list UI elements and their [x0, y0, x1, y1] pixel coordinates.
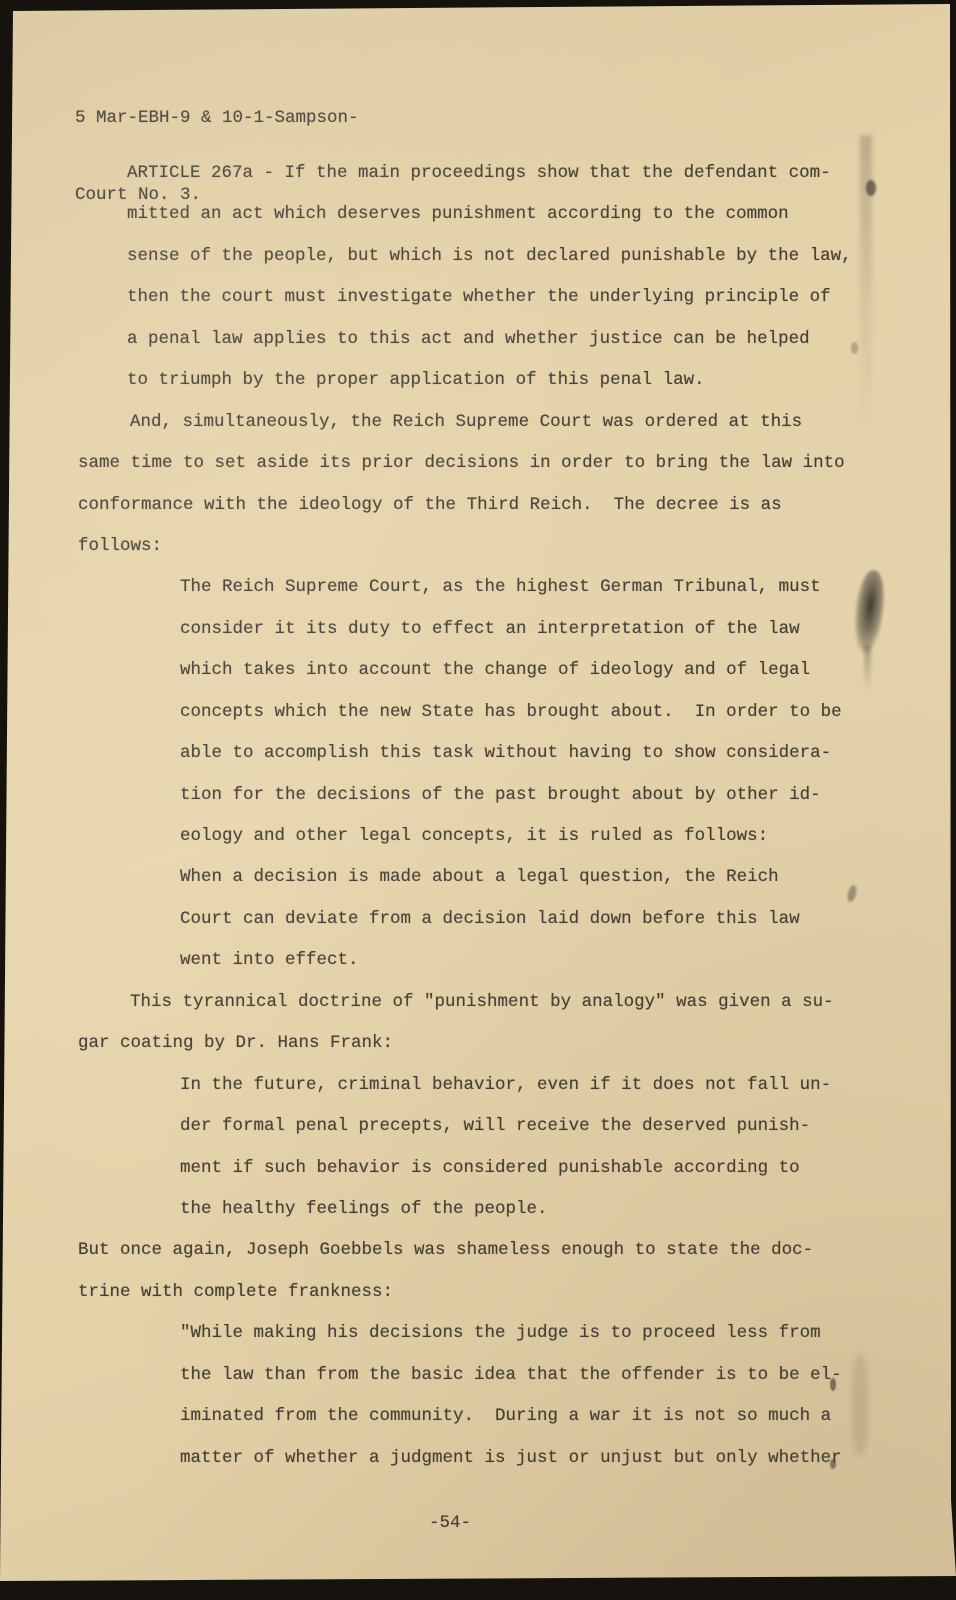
typed-line: follows:	[78, 526, 956, 567]
typed-line: which takes into account the change of i…	[180, 650, 956, 691]
typed-line: In the future, criminal behavior, even i…	[180, 1065, 956, 1106]
paragraph: But once again, Joseph Goebbels was sham…	[78, 1230, 956, 1313]
typed-line: went into effect.	[180, 940, 956, 981]
typed-line: able to accomplish this task without hav…	[180, 733, 956, 774]
typed-line: When a decision is made about a legal qu…	[180, 857, 956, 898]
ink-speck	[851, 342, 858, 354]
typed-line: consider it its duty to effect an interp…	[180, 609, 956, 650]
typed-line: der formal penal precepts, will receive …	[180, 1106, 956, 1147]
typed-line: Court can deviate from a decision laid d…	[180, 899, 956, 940]
paragraph: And, simultaneously, the Reich Supreme C…	[78, 402, 956, 568]
typed-line: ment if such behavior is considered puni…	[180, 1148, 956, 1189]
document-page: 5 Mar-EBH-9 & 10-1-Sampson- Court No. 3.…	[0, 0, 956, 1600]
paragraph: ARTICLE 267a - If the main proceedings s…	[127, 153, 956, 402]
typed-line: trine with complete frankness:	[78, 1272, 956, 1313]
blockquote: The Reich Supreme Court, as the highest …	[180, 567, 956, 981]
typed-line: concepts which the new State has brought…	[180, 692, 956, 733]
typed-line: conformance with the ideology of the Thi…	[78, 485, 956, 526]
paragraph: This tyrannical doctrine of "punishment …	[78, 982, 956, 1065]
ink-speck	[830, 1378, 836, 1391]
typed-line: sense of the people, but which is not de…	[127, 236, 956, 277]
page-number: -54-	[60, 1508, 840, 1538]
typed-line: The Reich Supreme Court, as the highest …	[180, 567, 956, 608]
speck-streak	[852, 1355, 868, 1455]
ink-speck	[830, 1459, 836, 1469]
typed-line: "While making his decisions the judge is…	[180, 1313, 956, 1354]
typed-line: matter of whether a judgment is just or …	[180, 1438, 956, 1479]
typed-line: tion for the decisions of the past broug…	[180, 775, 956, 816]
typed-line: iminated from the community. During a wa…	[180, 1396, 956, 1437]
blockquote: "While making his decisions the judge is…	[180, 1313, 956, 1479]
typed-line: to triumph by the proper application of …	[127, 360, 956, 401]
blockquote: In the future, criminal behavior, even i…	[180, 1065, 956, 1231]
typed-line: mitted an act which deserves punishment …	[127, 194, 956, 235]
text-column: ARTICLE 267a - If the main proceedings s…	[0, 153, 956, 1479]
typed-line: a penal law applies to this act and whet…	[127, 319, 956, 360]
typed-line: same time to set aside its prior decisio…	[78, 443, 956, 484]
typed-line: the healthy feelings of the people.	[180, 1189, 956, 1230]
typed-line: eology and other legal concepts, it is r…	[180, 816, 956, 857]
header-line-1: 5 Mar-EBH-9 & 10-1-Sampson-	[75, 106, 359, 132]
typed-line: And, simultaneously, the Reich Supreme C…	[78, 402, 956, 443]
ink-speck	[866, 180, 876, 196]
scan-background: 5 Mar-EBH-9 & 10-1-Sampson- Court No. 3.…	[0, 0, 956, 1600]
ink-smudge-tail	[864, 645, 871, 689]
typed-line: then the court must investigate whether …	[127, 277, 956, 318]
typed-line: But once again, Joseph Goebbels was sham…	[78, 1230, 956, 1271]
typed-line: ARTICLE 267a - If the main proceedings s…	[127, 153, 956, 194]
typed-line: the law than from the basic idea that th…	[180, 1355, 956, 1396]
typed-line: This tyrannical doctrine of "punishment …	[78, 982, 956, 1023]
typed-line: gar coating by Dr. Hans Frank:	[78, 1023, 956, 1064]
